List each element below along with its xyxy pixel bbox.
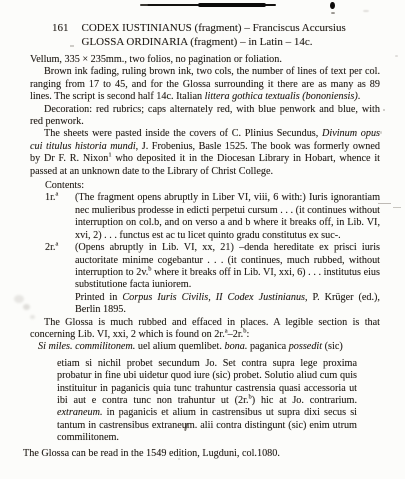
lemma-line: Si miles. commilitonem. uel alium quemli… bbox=[30, 341, 380, 353]
scan-speck bbox=[23, 304, 30, 310]
scan-artifact-dot-tail bbox=[331, 12, 335, 14]
catalogue-entry-heading: 161 CODEX IUSTINIANUS (fragment) – Franc… bbox=[30, 22, 380, 49]
glossa-condition-note: The Glossa is much rubbed and effaced in… bbox=[30, 317, 380, 342]
scan-speck bbox=[393, 207, 401, 208]
glossa-edition-note: The Glossa can be read in the 1549 editi… bbox=[23, 448, 380, 460]
contents-entry: 2r.a (Opens abruptly in Lib. VI, xx, 21)… bbox=[30, 242, 380, 292]
scan-speck bbox=[383, 109, 385, 111]
scanned-page: 161 CODEX IUSTINIANUS (fragment) – Franc… bbox=[0, 0, 405, 479]
entry-text: (Opens abruptly in Lib. VI, xx, 21) –den… bbox=[75, 242, 380, 292]
scan-artifact-line bbox=[146, 4, 276, 6]
contents-heading: Contents: bbox=[30, 180, 380, 192]
catalogue-entry: 161 CODEX IUSTINIANUS (fragment) – Franc… bbox=[30, 22, 380, 460]
scan-speck bbox=[14, 295, 24, 303]
entry-text: (The fragment opens abruptly in Liber VI… bbox=[75, 192, 380, 242]
decoration-note: Decoration: red rubrics; caps alternatel… bbox=[30, 104, 380, 129]
scan-artifact-dot bbox=[330, 2, 335, 9]
folio-label: 1r.a bbox=[45, 192, 75, 242]
ink-description: Brown ink fading, ruling brown ink, two … bbox=[30, 66, 380, 103]
contents-entry: 1r.a (The fragment opens abruptly in Lib… bbox=[30, 192, 380, 242]
provenance-note: The sheets were pasted inside the covers… bbox=[30, 128, 380, 178]
title-line-1: CODEX IUSTINIANUS (fragment) – Franciscu… bbox=[82, 22, 346, 36]
scan-speck bbox=[380, 131, 382, 134]
title-line-2: GLOSSA ORDINARIA (fragment) – in Latin –… bbox=[82, 36, 346, 50]
entry-title: CODEX IUSTINIANUS (fragment) – Franciscu… bbox=[82, 22, 346, 49]
scan-speck bbox=[363, 10, 369, 12]
glossa-quote: etiam si nichil probet secundum Jo. Set … bbox=[57, 358, 357, 445]
catalogue-number: 161 bbox=[52, 22, 69, 49]
printed-reference: Printed in Corpus Iuris Civilis, II Code… bbox=[30, 292, 380, 317]
physical-description: Vellum, 335 × 235mm., two folios, no pag… bbox=[30, 54, 380, 66]
folio-label: 2r.a bbox=[45, 242, 75, 292]
scan-speck bbox=[395, 55, 398, 57]
